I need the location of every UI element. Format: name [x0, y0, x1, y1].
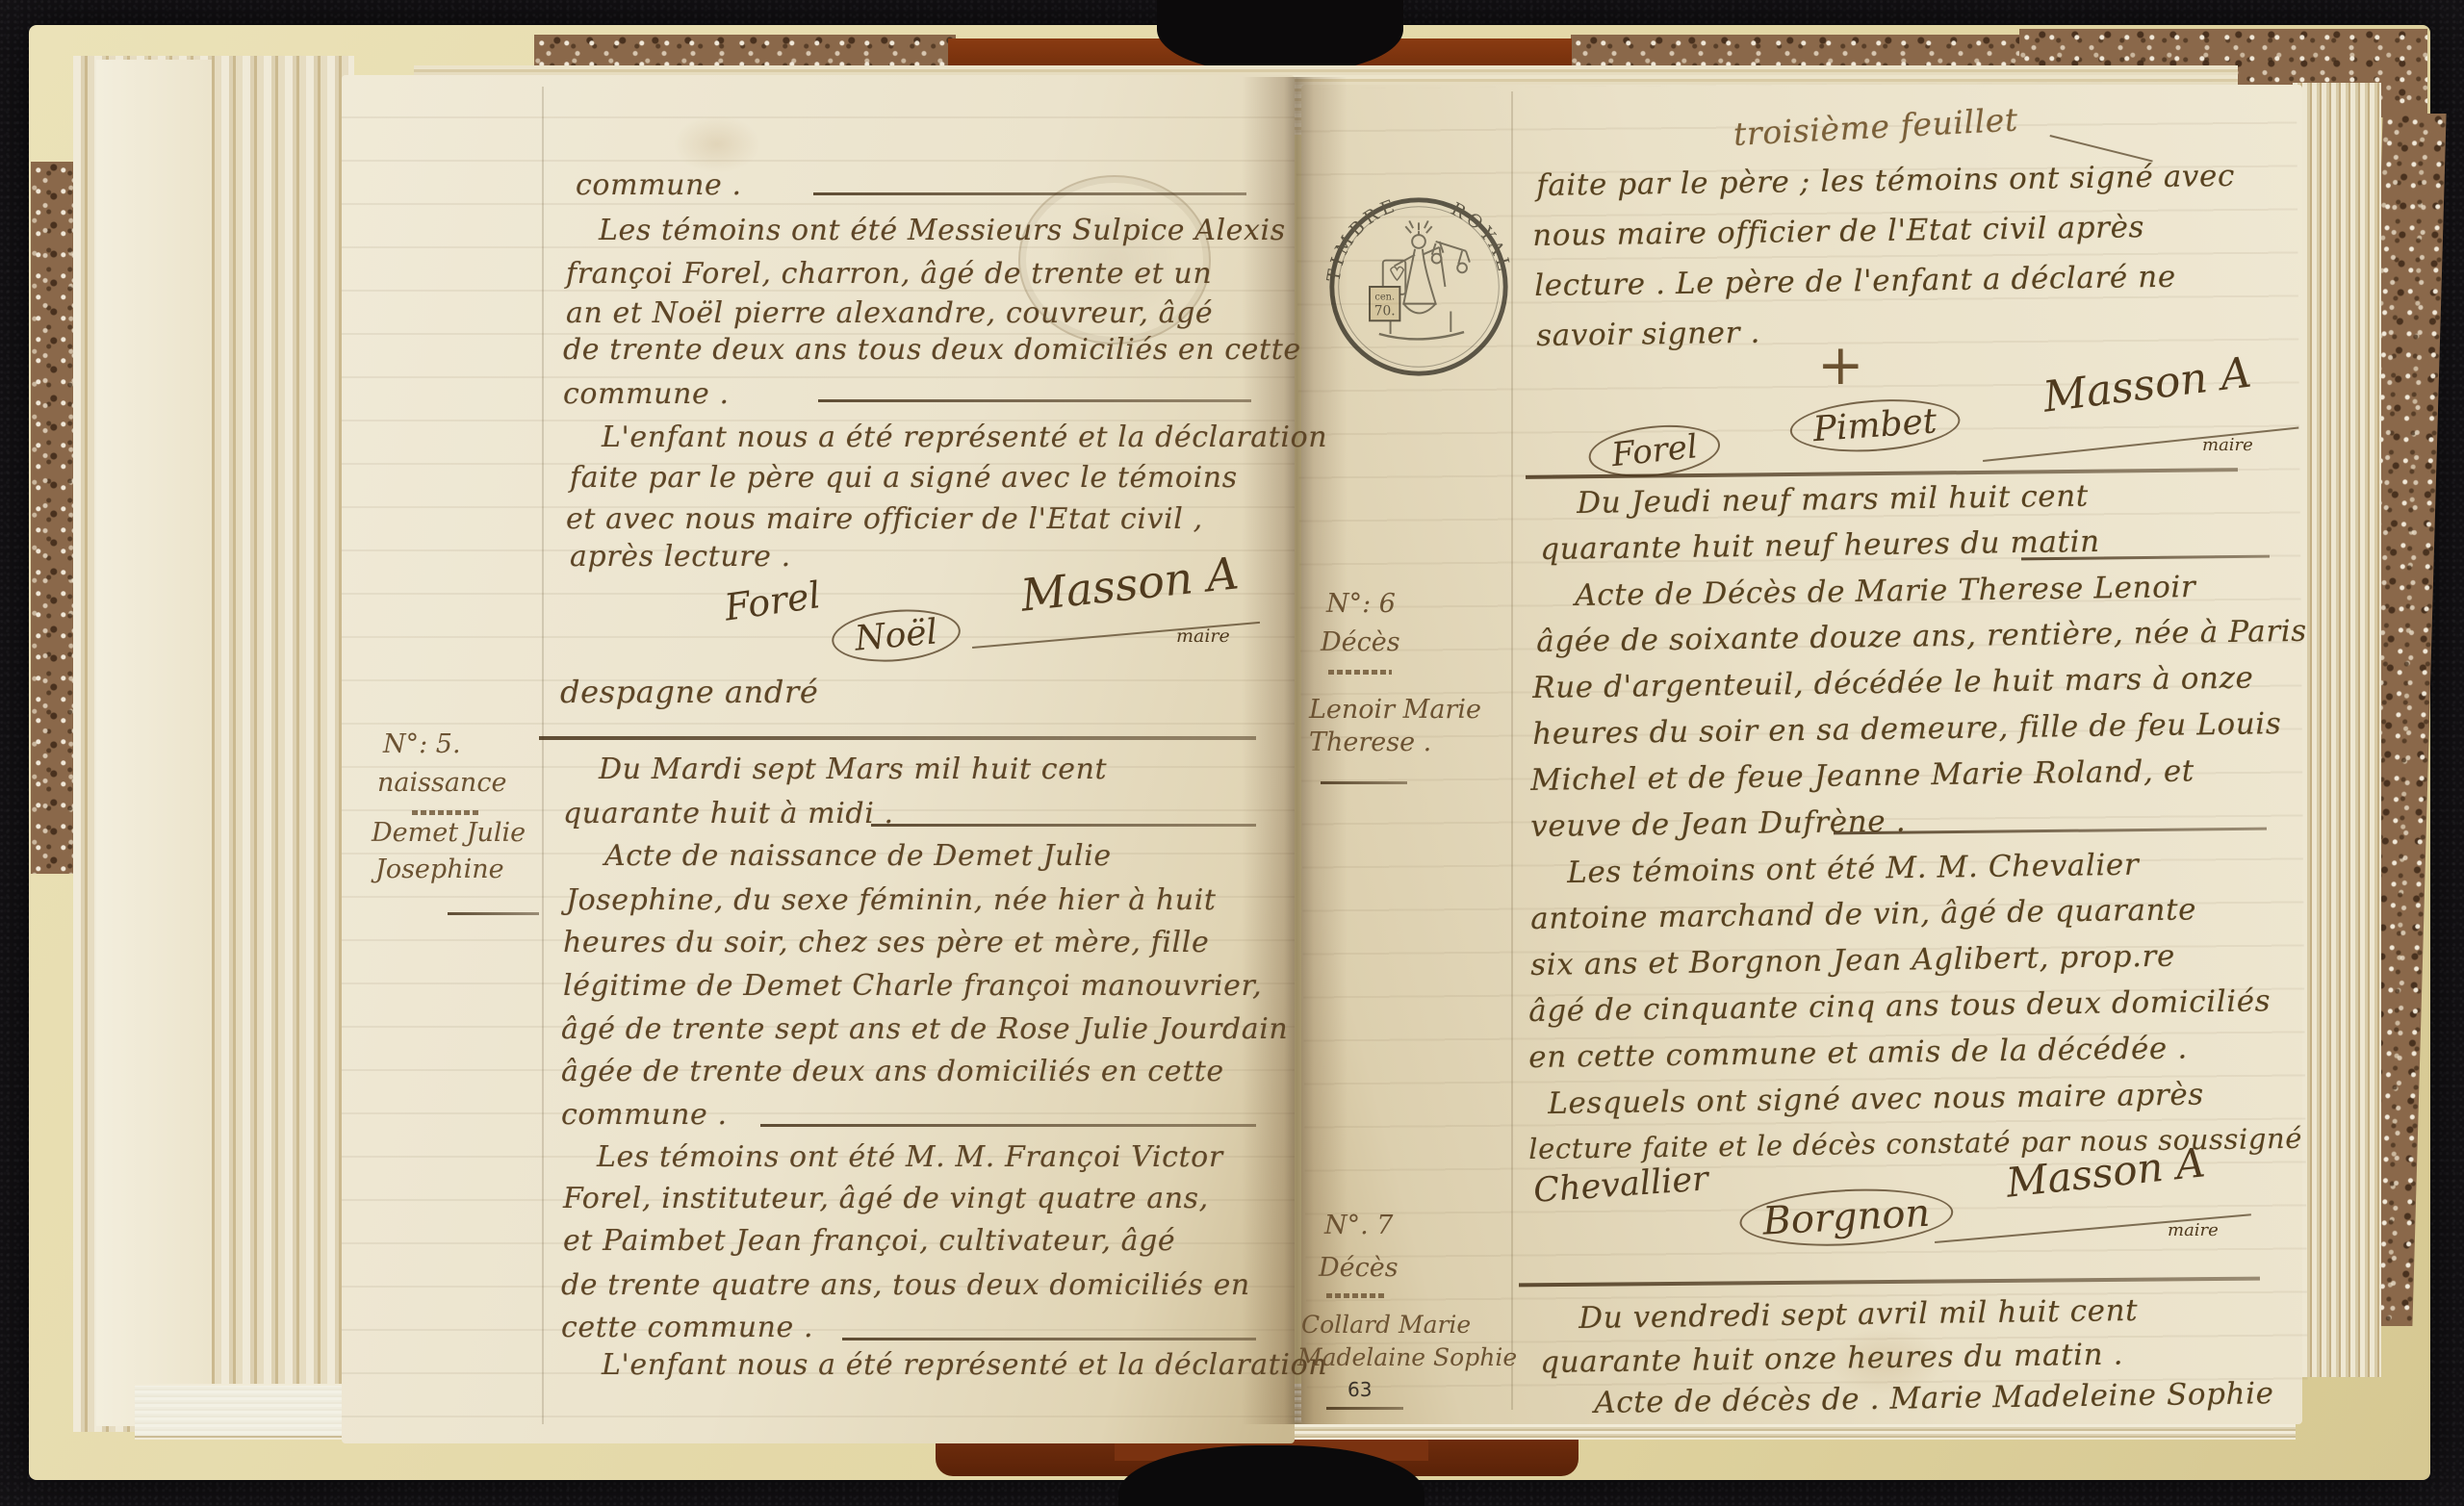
manuscript-line: Les témoins ont été Messieurs Sulpice Al…	[599, 214, 1286, 247]
ink-rule	[818, 399, 1251, 402]
left-margin-crease	[542, 87, 544, 1424]
margin-name: Collard Marie	[1301, 1311, 1471, 1339]
manuscript-line: commune .	[576, 168, 742, 202]
manuscript-line: L'enfant nous a été représenté et la déc…	[602, 1348, 1327, 1382]
manuscript-line: Acte de naissance de Demet Julie	[604, 839, 1112, 873]
folio-number: 63	[1347, 1378, 1372, 1401]
svg-text:ROYAL: ROYAL	[1448, 199, 1513, 276]
manuscript-line: Josephine, du sexe féminin, née hier à h…	[566, 883, 1217, 917]
signature-masson-title: maire	[2168, 1220, 2219, 1240]
manuscript-line: après lecture .	[570, 540, 791, 574]
manuscript-line: an et Noël pierre alexandre, couvreur, â…	[566, 296, 1213, 330]
manuscript-line: françoi Forel, charron, âgé de trente et…	[566, 257, 1212, 291]
margin-name: Madelaine Sophie	[1297, 1343, 1517, 1371]
manuscript-line: Du Jeudi neuf mars mil huit cent	[1577, 479, 2089, 521]
margin-act-type: naissance	[377, 768, 506, 798]
witness-cross-mark: +	[1817, 332, 1864, 397]
manuscript-line: Forel, instituteur, âgé de vingt quatre …	[563, 1182, 1209, 1215]
margin-name: Demet Julie	[372, 818, 526, 848]
timbre-royal-stamp-icon: TIMBRE ROYAL cen. 70.	[1324, 192, 1513, 381]
ink-rule	[813, 192, 1246, 195]
svg-text:cen.: cen.	[1374, 293, 1395, 303]
svg-text:70.: 70.	[1374, 303, 1396, 319]
photo-of-registry-book: commune . Les témoins ont été Messieurs …	[0, 0, 2464, 1506]
manuscript-line: légitime de Demet Charle françoi manouvr…	[563, 969, 1262, 1003]
manuscript-line: heures du soir, chez ses père et mère, f…	[563, 926, 1209, 959]
svg-text:TIMBRE: TIMBRE	[1324, 195, 1400, 283]
manuscript-line: faite par le père qui a signé avec le té…	[570, 461, 1238, 495]
manuscript-line: cette commune .	[561, 1311, 813, 1344]
manuscript-line: âgé de trente sept ans et de Rose Julie …	[561, 1012, 1288, 1046]
act-separator-rule	[539, 736, 1256, 740]
manuscript-line: Du Mardi sept Mars mil huit cent	[599, 753, 1107, 786]
margin-name: Josephine	[375, 855, 504, 884]
margin-act-number: N°: 6	[1326, 589, 1396, 619]
margin-act-number: N°: 5.	[383, 729, 461, 759]
margin-act-number: N°. 7	[1324, 1211, 1393, 1240]
manuscript-line: savoir signer .	[1536, 316, 1760, 353]
margin-dash	[1326, 1407, 1403, 1410]
manuscript-line: et Paimbet Jean françoi, cultivateur, âg…	[563, 1224, 1175, 1258]
manuscript-line: et avec nous maire officier de l'Etat ci…	[566, 502, 1203, 536]
margin-squiggle	[1326, 1293, 1384, 1298]
manuscript-note: despagne andré	[560, 674, 818, 710]
margin-name: Therese .	[1309, 727, 1431, 757]
manuscript-line: de trente quatre ans, tous deux domicili…	[561, 1268, 1250, 1302]
margin-dash	[448, 912, 539, 915]
margin-dash	[1321, 781, 1407, 784]
margin-squiggle	[1328, 670, 1392, 675]
manuscript-line: Les témoins ont été M. M. Françoi Victor	[597, 1140, 1223, 1174]
manuscript-line: commune .	[561, 1098, 728, 1132]
age-stain	[674, 115, 760, 173]
flyleaf-edge	[96, 60, 212, 1426]
manuscript-line: commune .	[563, 377, 730, 411]
manuscript-line: quarante huit à midi .	[563, 797, 894, 830]
margin-act-type: Décès	[1321, 627, 1400, 657]
ink-rule	[842, 1338, 1256, 1340]
margin-name: Lenoir Marie	[1309, 695, 1481, 725]
stamp-value-box: cen. 70.	[1370, 287, 1399, 320]
ink-rule	[871, 824, 1256, 827]
ink-rule	[760, 1124, 1256, 1127]
manuscript-line: de trente deux ans tous deux domiciliés …	[563, 333, 1301, 367]
margin-squiggle	[412, 810, 479, 815]
manuscript-line: veuve de Jean Dufrène .	[1530, 804, 1906, 844]
manuscript-line: âgée de trente deux ans domiciliés en ce…	[561, 1055, 1224, 1088]
manuscript-line: L'enfant nous a été représenté et la déc…	[602, 421, 1327, 454]
margin-act-type: Décès	[1319, 1253, 1399, 1283]
marbled-paper-left	[31, 162, 77, 874]
